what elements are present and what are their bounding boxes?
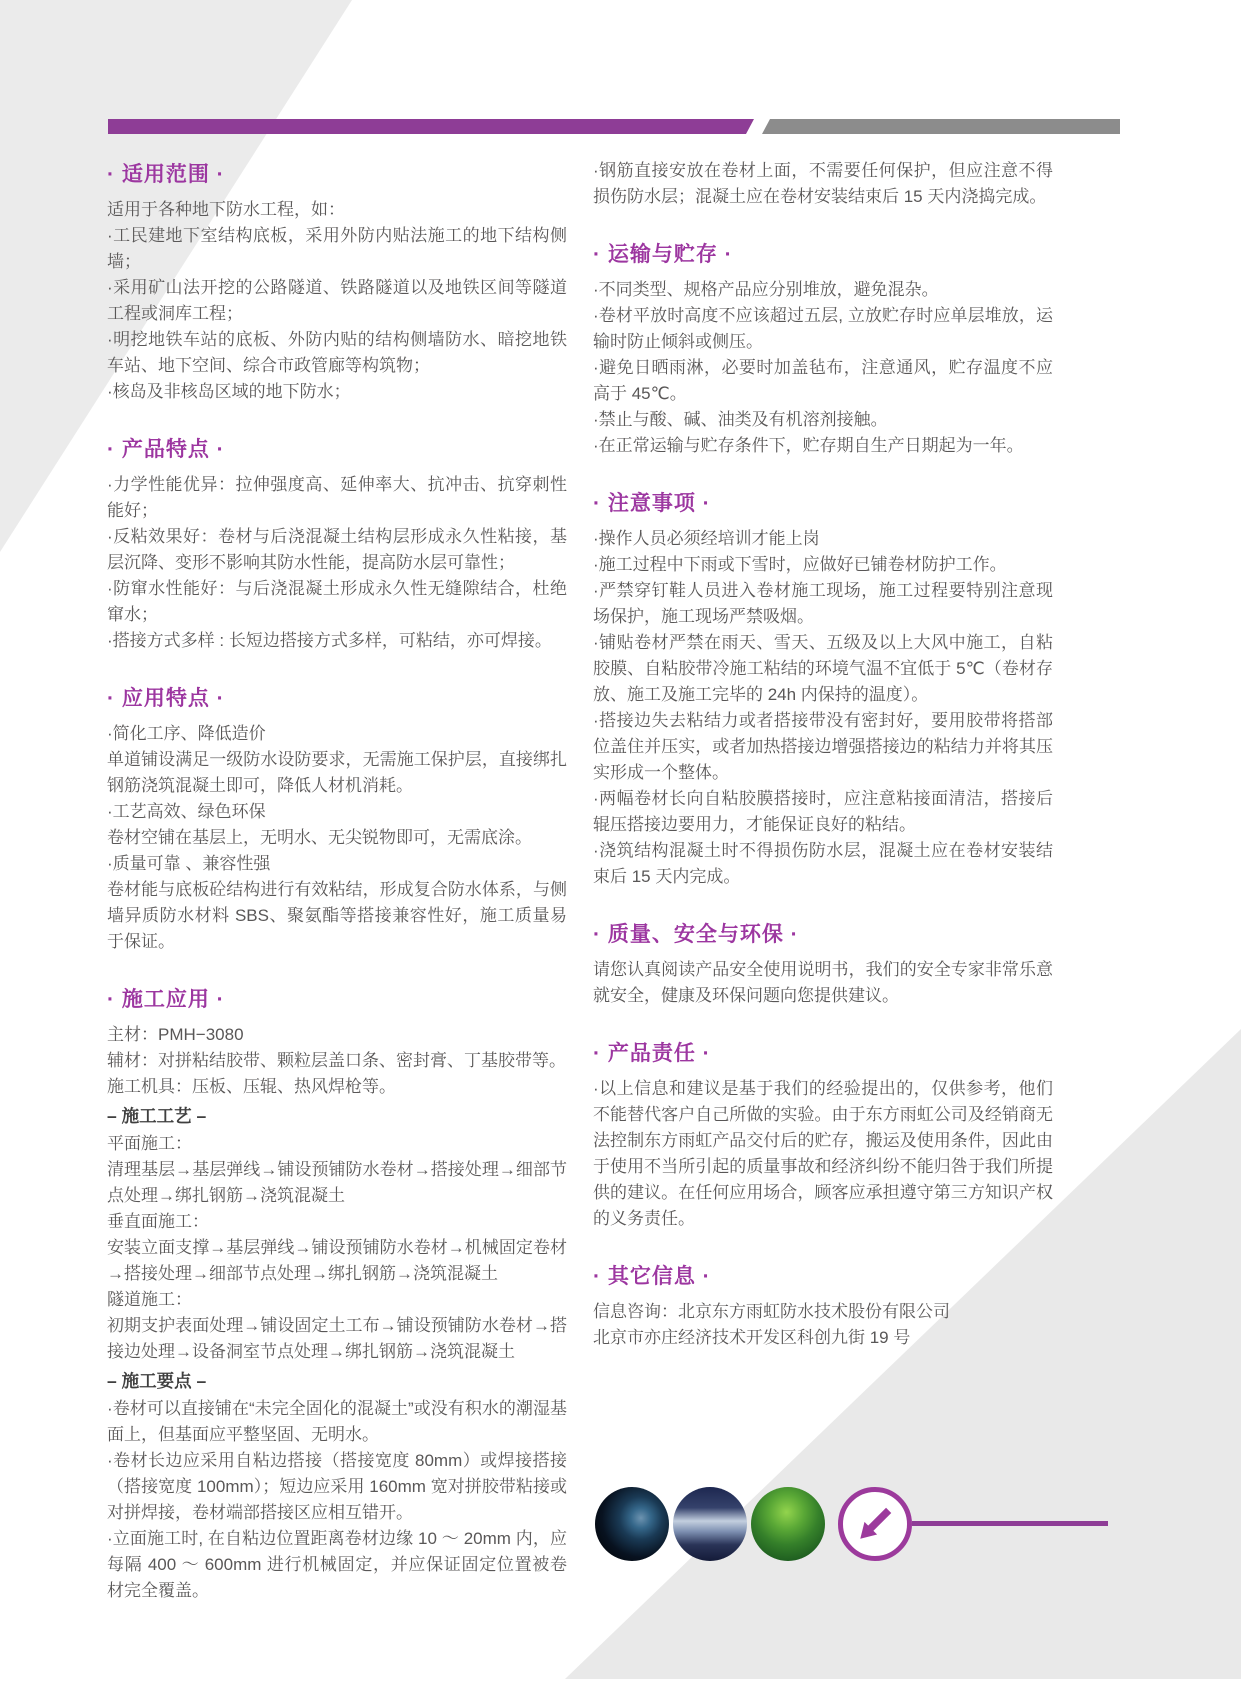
section-title: · 注意事项 · [593, 487, 1053, 517]
footer-photo-strip [595, 1487, 825, 1561]
paragraph: ·钢筋直接安放在卷材上面，不需要任何保护，但应注意不得损伤防水层；混凝土应在卷材… [593, 158, 1053, 210]
content-section: · 应用特点 ··简化工序、降低造价单道铺设满足一级防水设防要求，无需施工保护层… [107, 682, 567, 955]
paragraph: 初期支护表面处理→铺设固定土工布→铺设预铺防水卷材→搭接边处理→设备洞室节点处理… [107, 1313, 567, 1365]
paragraph: ·力学性能优异：拉伸强度高、延伸率大、抗冲击、抗穿刺性能好； [107, 472, 567, 524]
paragraph: 垂直面施工： [107, 1209, 567, 1235]
section-title: · 施工应用 · [107, 983, 567, 1013]
header-gray-bar [762, 119, 1120, 134]
paragraph: 辅材：对拼粘结胶带、颗粒层盖口条、密封膏、丁基胶带等。 [107, 1048, 567, 1074]
right-text-column: ·钢筋直接安放在卷材上面，不需要任何保护，但应注意不得损伤防水层；混凝土应在卷材… [593, 158, 1053, 1351]
paragraph: ·避免日晒雨淋，必要时加盖毡布，注意通风，贮存温度不应高于 45℃。 [593, 355, 1053, 407]
content-section: · 施工应用 ·主材：PMH−3080辅材：对拼粘结胶带、颗粒层盖口条、密封膏、… [107, 983, 567, 1604]
paragraph: ·不同类型、规格产品应分别堆放，避免混杂。 [593, 277, 1053, 303]
paragraph: ·明挖地铁车站的底板、外防内贴的结构侧墙防水、暗挖地铁车站、地下空间、综合市政管… [107, 327, 567, 379]
paragraph: 清理基层→基层弹线→铺设预铺防水卷材→搭接处理→细部节点处理→绑扎钢筋→浇筑混凝… [107, 1157, 567, 1209]
section-title: · 其它信息 · [593, 1260, 1053, 1290]
paragraph: ·卷材可以直接铺在“未完全固化的混凝土”或没有积水的潮湿基面上，但基面应平整坚固… [107, 1396, 567, 1448]
paragraph: ·严禁穿钉鞋人员进入卷材施工现场，施工过程要特别注意现场保护，施工现场严禁吸烟。 [593, 578, 1053, 630]
paragraph: ·工艺高效、绿色环保 [107, 799, 567, 825]
content-section: ·钢筋直接安放在卷材上面，不需要任何保护，但应注意不得损伤防水层；混凝土应在卷材… [593, 158, 1053, 210]
arrow-down-left-icon [838, 1487, 912, 1561]
paragraph: 适用于各种地下防水工程，如： [107, 197, 567, 223]
paragraph: ·简化工序、降低造价 [107, 721, 567, 747]
paragraph: 请您认真阅读产品安全使用说明书，我们的安全专家非常乐意就安全，健康及环保问题向您… [593, 957, 1053, 1009]
paragraph: ·搭接边失去粘结力或者搭接带没有密封好，要用胶带将搭部位盖住并压实，或者加热搭接… [593, 708, 1053, 786]
section-title: · 运输与贮存 · [593, 238, 1053, 268]
paragraph: 安装立面支撑→基层弹线→铺设预铺防水卷材→机械固定卷材→搭接处理→细部节点处理→… [107, 1235, 567, 1287]
paragraph: 平面施工： [107, 1131, 567, 1157]
paragraph: ·反粘效果好：卷材与后浇混凝土结构层形成永久性粘接，基层沉降、变形不影响其防水性… [107, 524, 567, 576]
paragraph: 主材：PMH−3080 [107, 1022, 567, 1048]
paragraph: 隧道施工： [107, 1287, 567, 1313]
paragraph: ·卷材平放时高度不应该超过五层, 立放贮存时应单层堆放，运输时防止倾斜或侧压。 [593, 303, 1053, 355]
datasheet-page: · 适用范围 ·适用于各种地下防水工程，如：·工民建地下室结构底板，采用外防内贴… [0, 0, 1241, 1684]
sub-heading: – 施工要点 – [107, 1368, 567, 1394]
paragraph: 卷材能与底板砼结构进行有效粘结，形成复合防水体系，与侧墙异质防水材料 SBS、聚… [107, 877, 567, 955]
section-title: · 质量、安全与环保 · [593, 918, 1053, 948]
section-title: · 应用特点 · [107, 682, 567, 712]
content-section: · 产品特点 ··力学性能优异：拉伸强度高、延伸率大、抗冲击、抗穿刺性能好；·反… [107, 433, 567, 654]
paragraph: ·立面施工时, 在自粘边位置距离卷材边缘 10 ～ 20mm 内，应每隔 400… [107, 1526, 567, 1604]
content-section: · 质量、安全与环保 ·请您认真阅读产品安全使用说明书，我们的安全专家非常乐意就… [593, 918, 1053, 1009]
paragraph: ·两幅卷材长向自粘胶膜搭接时，应注意粘接面清洁，搭接后辊压搭接边要用力，才能保证… [593, 786, 1053, 838]
green-foliage-photo [751, 1487, 825, 1561]
earth-photo [595, 1487, 669, 1561]
paragraph: 北京市亦庄经济技术开发区科创九街 19 号 [593, 1325, 1053, 1351]
paragraph: ·浇筑结构混凝土时不得损伤防水层，混凝土应在卷材安装结束后 15 天内完成。 [593, 838, 1053, 890]
content-section: · 运输与贮存 ··不同类型、规格产品应分别堆放，避免混杂。·卷材平放时高度不应… [593, 238, 1053, 459]
paragraph: 施工机具：压板、压辊、热风焊枪等。 [107, 1074, 567, 1100]
snow-mountain-photo [673, 1487, 747, 1561]
paragraph: ·质量可靠 、兼容性强 [107, 851, 567, 877]
paragraph: ·卷材长边应采用自粘边搭接（搭接宽度 80mm）或焊接搭接（搭接宽度 100mm… [107, 1448, 567, 1526]
paragraph: ·搭接方式多样 : 长短边搭接方式多样，可粘结，亦可焊接。 [107, 628, 567, 654]
content-section: · 注意事项 ··操作人员必须经培训才能上岗·施工过程中下雨或下雪时，应做好已铺… [593, 487, 1053, 890]
paragraph: ·以上信息和建议是基于我们的经验提出的，仅供参考，他们不能替代客户自己所做的实验… [593, 1076, 1053, 1232]
paragraph: ·采用矿山法开挖的公路隧道、铁路隧道以及地铁区间等隧道工程或洞库工程； [107, 275, 567, 327]
content-section: · 适用范围 ·适用于各种地下防水工程，如：·工民建地下室结构底板，采用外防内贴… [107, 158, 567, 405]
paragraph: ·施工过程中下雨或下雪时，应做好已铺卷材防护工作。 [593, 552, 1053, 578]
header-purple-bar [108, 119, 754, 134]
paragraph: 卷材空铺在基层上，无明水、无尖锐物即可，无需底涂。 [107, 825, 567, 851]
paragraph: ·铺贴卷材严禁在雨天、雪天、五级及以上大风中施工，自粘胶膜、自粘胶带冷施工粘结的… [593, 630, 1053, 708]
section-title: · 产品特点 · [107, 433, 567, 463]
paragraph: 单道铺设满足一级防水设防要求，无需施工保护层，直接绑扎钢筋浇筑混凝土即可，降低人… [107, 747, 567, 799]
paragraph: ·工民建地下室结构底板，采用外防内贴法施工的地下结构侧墙； [107, 223, 567, 275]
content-section: · 产品责任 ··以上信息和建议是基于我们的经验提出的，仅供参考，他们不能替代客… [593, 1037, 1053, 1232]
left-text-column: · 适用范围 ·适用于各种地下防水工程，如：·工民建地下室结构底板，采用外防内贴… [107, 158, 567, 1604]
paragraph: 信息咨询：北京东方雨虹防水技术股份有限公司 [593, 1299, 1053, 1325]
section-title: · 产品责任 · [593, 1037, 1053, 1067]
paragraph: ·防窜水性能好：与后浇混凝土形成永久性无缝隙结合，杜绝窜水； [107, 576, 567, 628]
paragraph: ·操作人员必须经培训才能上岗 [593, 526, 1053, 552]
content-section: · 其它信息 ·信息咨询：北京东方雨虹防水技术股份有限公司北京市亦庄经济技术开发… [593, 1260, 1053, 1351]
paragraph: ·核岛及非核岛区域的地下防水； [107, 379, 567, 405]
paragraph: ·在正常运输与贮存条件下，贮存期自生产日期起为一年。 [593, 433, 1053, 459]
paragraph: ·禁止与酸、碱、油类及有机溶剂接触。 [593, 407, 1053, 433]
footer-accent-line [912, 1521, 1108, 1526]
section-title: · 适用范围 · [107, 158, 567, 188]
sub-heading: – 施工工艺 – [107, 1103, 567, 1129]
